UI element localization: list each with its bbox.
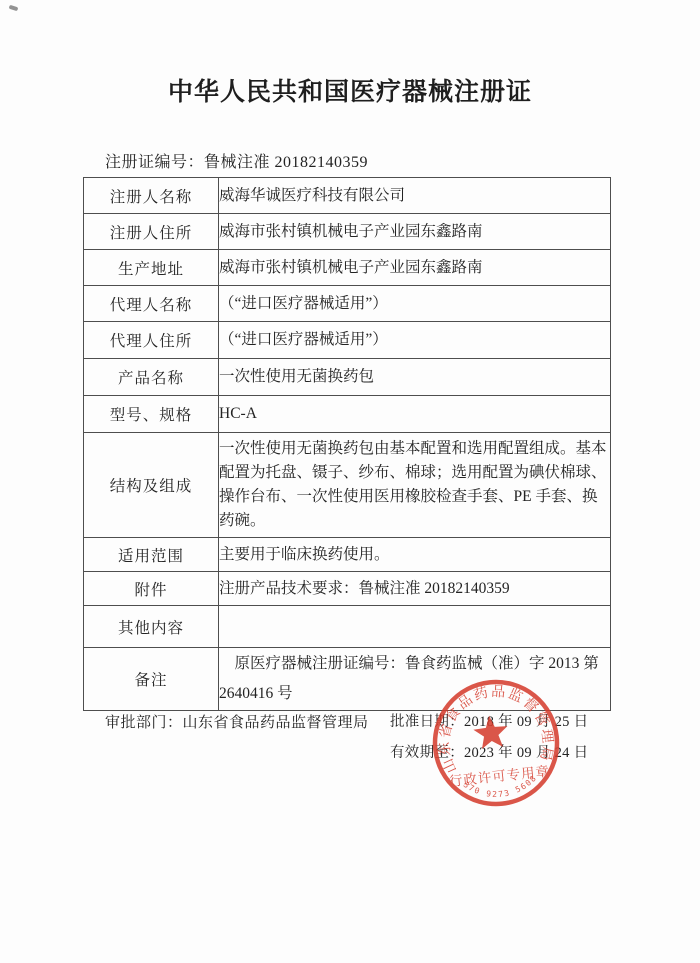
star-icon [472,714,509,750]
row-label: 代理人名称 [84,286,219,322]
row-label: 代理人住所 [84,322,219,359]
row-production-address: 生产地址 威海市张村镇机械电子产业园东鑫路南 [84,250,611,286]
row-label: 其他内容 [84,606,219,648]
row-value: 威海华诚医疗科技有限公司 [219,178,611,214]
approval-department: 审批部门：山东省食品药品监督管理局 [105,711,369,732]
row-value [219,606,611,648]
row-label: 注册人住所 [84,214,219,250]
row-value: 一次性使用无菌换药包由基本配置和选用配置组成。基本配置为托盘、镊子、纱布、棉球；… [219,433,611,538]
row-value: 威海市张村镇机械电子产业园东鑫路南 [219,214,611,250]
row-label: 型号、规格 [84,396,219,433]
registration-number: 注册证编号：鲁械注准 20182140359 [105,149,368,172]
row-model-spec: 型号、规格 HC-A [84,396,611,433]
row-scope-of-application: 适用范围 主要用于临床换药使用。 [84,538,611,572]
row-product-name: 产品名称 一次性使用无菌换药包 [84,359,611,396]
certificate-page: 中华人民共和国医疗器械注册证 注册证编号：鲁械注准 20182140359 注册… [0,0,700,963]
row-value: 主要用于临床换药使用。 [219,538,611,572]
row-label: 适用范围 [84,538,219,572]
row-agent-address: 代理人住所 （“进口医疗器械适用”） [84,322,611,359]
row-agent-name: 代理人名称 （“进口医疗器械适用”） [84,286,611,322]
certificate-table: 注册人名称 威海华诚医疗科技有限公司 注册人住所 威海市张村镇机械电子产业园东鑫… [83,177,611,711]
row-registrant-address: 注册人住所 威海市张村镇机械电子产业园东鑫路南 [84,214,611,250]
row-label: 生产地址 [84,250,219,286]
row-value: HC-A [219,396,611,433]
row-value: 威海市张村镇机械电子产业园东鑫路南 [219,250,611,286]
row-label: 注册人名称 [84,178,219,214]
official-seal: 山东省食品药品监督管理局 行政许可专用章 370 9273 5608 [423,670,569,816]
page-title: 中华人民共和国医疗器械注册证 [0,72,700,108]
row-attachment: 附件 注册产品技术要求：鲁械注准 20182140359 [84,572,611,606]
row-registrant-name: 注册人名称 威海华诚医疗科技有限公司 [84,178,611,214]
row-label: 附件 [84,572,219,606]
scan-artifact [9,5,19,12]
row-structure-composition: 结构及组成 一次性使用无菌换药包由基本配置和选用配置组成。基本配置为托盘、镊子、… [84,433,611,538]
row-value: 一次性使用无菌换药包 [219,359,611,396]
row-value: （“进口医疗器械适用”） [219,286,611,322]
row-label: 结构及组成 [84,433,219,538]
row-value: 注册产品技术要求：鲁械注准 20182140359 [219,572,611,606]
row-label: 产品名称 [84,359,219,396]
row-other-content: 其他内容 [84,606,611,648]
row-value: （“进口医疗器械适用”） [219,322,611,359]
row-label: 备注 [84,648,219,711]
